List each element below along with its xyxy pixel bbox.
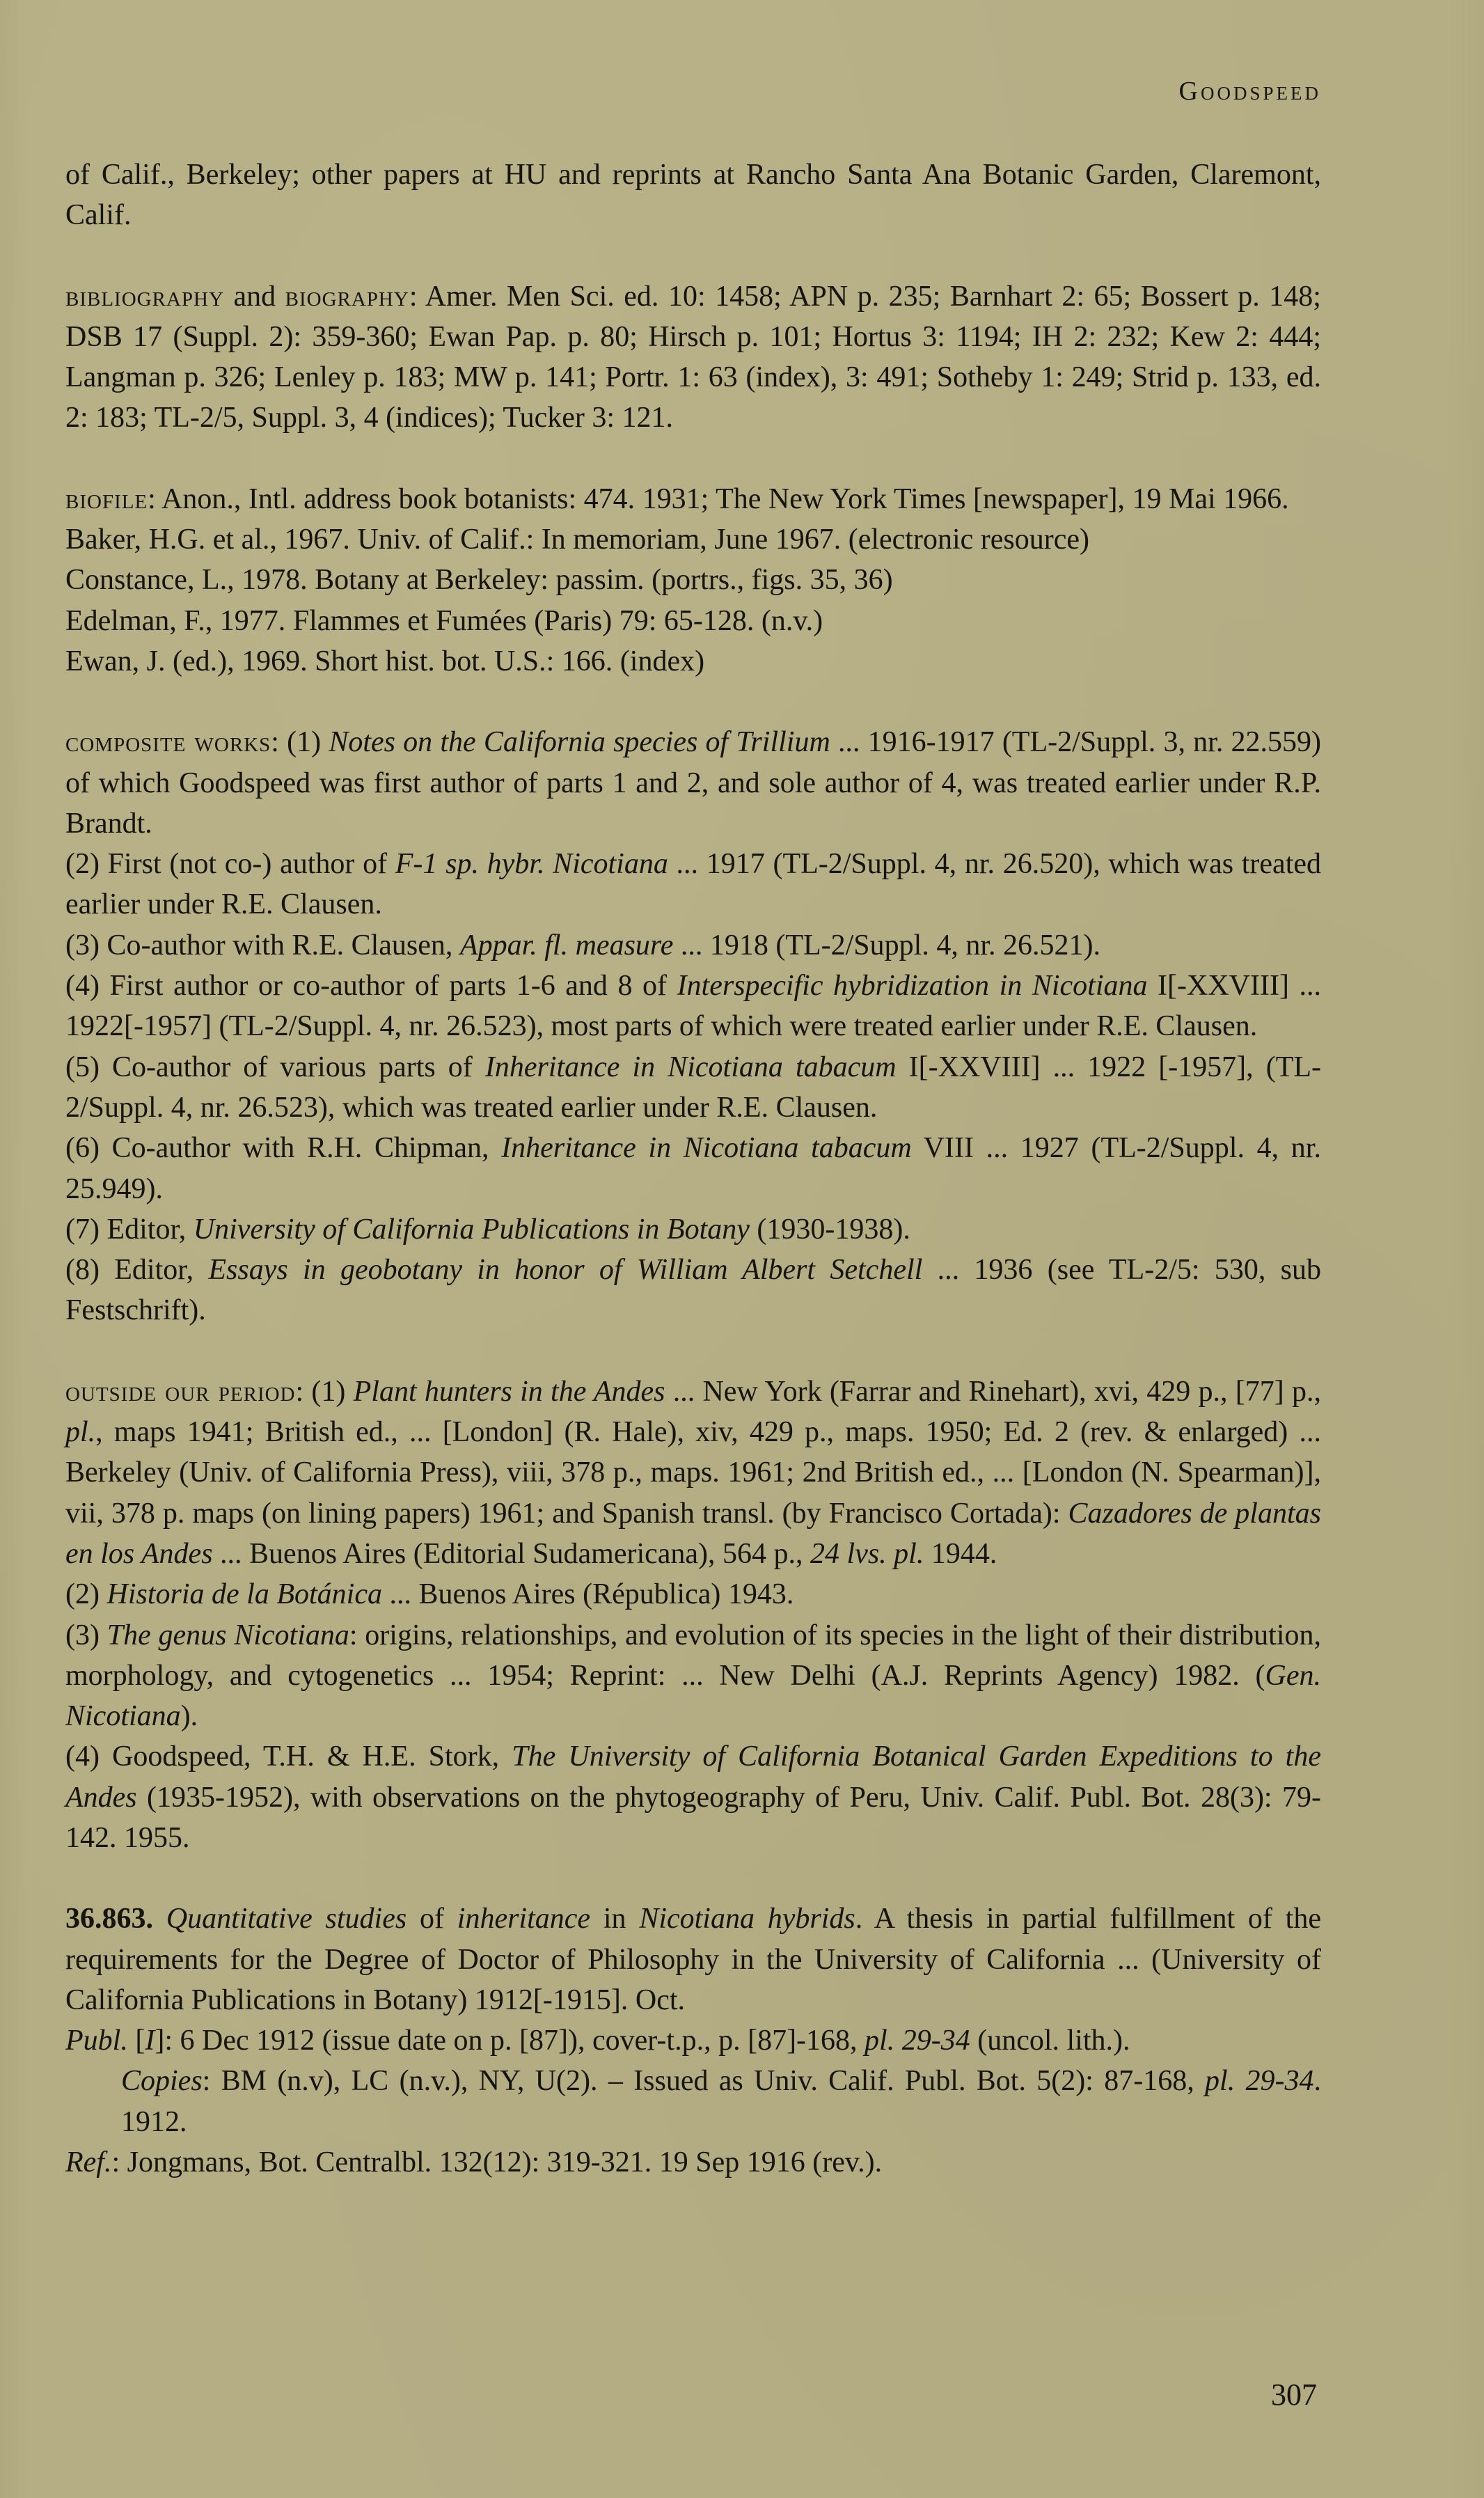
section-gap: [65, 236, 1321, 276]
composite-work-item: (2) First (not co-) author of F-1 sp. hy…: [65, 844, 1321, 925]
outside-period-item: outside our period: (1) Plant hunters in…: [65, 1372, 1321, 1574]
biography-label: biography: [285, 281, 409, 313]
composite-works-label: composite works: [65, 726, 271, 758]
entry-number: 36.863.: [65, 1903, 153, 1935]
biofile-section: biofile: Anon., Intl. address book botan…: [65, 479, 1321, 682]
bibliography-section: bibliography and biography: Amer. Men Sc…: [65, 276, 1321, 439]
composite-work-item: (5) Co-author of various parts of Inheri…: [65, 1047, 1321, 1129]
entry-heading: 36.863. Quantitative studies of inherita…: [65, 1899, 1321, 2020]
section-gap: [65, 439, 1321, 479]
composite-work-item: (4) First author or co-author of parts 1…: [65, 966, 1321, 1047]
composite-work-item: (7) Editor, University of California Pub…: [65, 1209, 1321, 1250]
composite-work-item: (3) Co-author with R.E. Clausen, Appar. …: [65, 925, 1321, 966]
biofile-label: biofile: [65, 483, 148, 515]
outside-period-label: outside our period: [65, 1376, 296, 1408]
catalog-entry: 36.863. Quantitative studies of inherita…: [65, 1899, 1321, 2183]
biofile-item: Baker, H.G. et al., 1967. Univ. of Calif…: [65, 519, 1321, 560]
section-gap: [65, 682, 1321, 722]
entry-publication: Publ. [I]: 6 Dec 1912 (issue date on p. …: [65, 2020, 1321, 2142]
bibliography-label: bibliography: [65, 281, 224, 313]
section-gap: [65, 1858, 1321, 1899]
biofile-item: Constance, L., 1978. Botany at Berkeley:…: [65, 560, 1321, 600]
ref-label: Ref.: [65, 2146, 111, 2178]
outside-period-item: (3) The genus Nicotiana: origins, relati…: [65, 1615, 1321, 1737]
running-head: Goodspeed: [1179, 78, 1321, 104]
biofile-first: biofile: Anon., Intl. address book botan…: [65, 479, 1321, 519]
publ-label: Publ.: [65, 2025, 128, 2057]
biofile-item: Edelman, F., 1977. Flammes et Fumées (Pa…: [65, 601, 1321, 641]
biofile-item: Ewan, J. (ed.), 1969. Short hist. bot. U…: [65, 641, 1321, 682]
outside-period-section: outside our period: (1) Plant hunters in…: [65, 1372, 1321, 1859]
composite-work-item: composite works: (1) Notes on the Califo…: [65, 722, 1321, 844]
outside-period-item: (2) Historia de la Botánica ... Buenos A…: [65, 1574, 1321, 1615]
copies-label: Copies: [121, 2065, 203, 2097]
composite-work-item: (8) Editor, Essays in geobotany in honor…: [65, 1250, 1321, 1331]
composite-works-section: composite works: (1) Notes on the Califo…: [65, 722, 1321, 1330]
continuation-paragraph: of Calif., Berkeley; other papers at HU …: [65, 155, 1321, 236]
composite-work-item: (6) Co-author with R.H. Chipman, Inherit…: [65, 1128, 1321, 1209]
text-block: of Calif., Berkeley; other papers at HU …: [65, 155, 1321, 2183]
page-number: 307: [1271, 2380, 1317, 2410]
book-page: Goodspeed of Calif., Berkeley; other pap…: [0, 0, 1484, 2498]
section-gap: [65, 1331, 1321, 1372]
entry-reference: Ref.: Jongmans, Bot. Centralbl. 132(12):…: [65, 2142, 1321, 2183]
outside-period-item: (4) Goodspeed, T.H. & H.E. Stork, The Un…: [65, 1736, 1321, 1858]
